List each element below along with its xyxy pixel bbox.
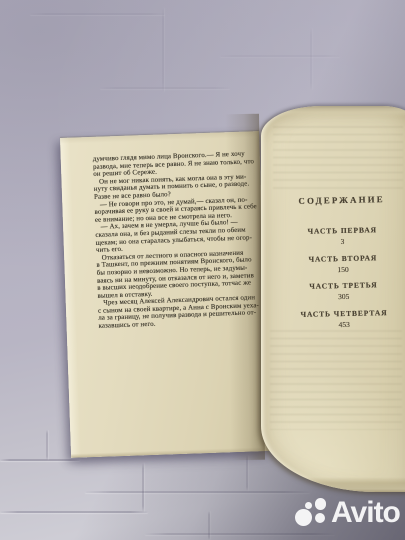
brick-mortar-line [0,459,80,461]
brick-mortar-line [142,463,144,512]
contents-title: СОДЕРЖАНИЕ [262,193,405,206]
brick-mortar-line [30,13,165,15]
brick-mortar-line [220,55,340,57]
left-page-text: думчиво глядя мимо лица Вронского.— Я не… [93,150,270,331]
contents-entries: ЧАСТЬ ПЕРВАЯ 3 ЧАСТЬ ВТОРАЯ 150 ЧАСТЬ ТР… [262,223,405,331]
book-photo: думчиво глядя мимо лица Вронского.— Я не… [0,0,405,540]
brick-mortar-line [46,430,48,460]
avito-logo-dot [305,502,312,509]
brick-mortar-line [145,533,335,535]
book-left-page: думчиво глядя мимо лица Вронского.— Я не… [60,131,270,458]
contents-entry-page: 305 [264,289,405,304]
table-of-contents: СОДЕРЖАНИЕ ЧАСТЬ ПЕРВАЯ 3 ЧАСТЬ ВТОРАЯ 1… [262,193,405,336]
brick-mortar-line [208,511,210,540]
show-through-text [273,126,403,194]
avito-logo-dot [315,513,325,523]
contents-entry-page: 453 [264,317,405,332]
avito-logo-text: Avito [331,495,400,531]
avito-logo-dot [295,509,312,526]
contents-entry: ЧАСТЬ ЧЕТВЕРТАЯ 453 [264,306,405,332]
brick-mortar-line [0,511,148,513]
avito-logo-dot [315,498,327,510]
show-through-text [270,330,402,430]
contents-entry: ЧАСТЬ ПЕРВАЯ 3 [262,223,405,249]
brick-mortar-line [162,8,164,92]
brick-mortar-line [246,455,248,491]
avito-watermark: Avito [294,495,400,531]
brick-mortar-line [85,491,310,493]
book-right-page: СОДЕРЖАНИЕ ЧАСТЬ ПЕРВАЯ 3 ЧАСТЬ ВТОРАЯ 1… [261,106,405,492]
brick-mortar-line [100,87,230,89]
avito-logo-icon [294,495,328,531]
contents-entry: ЧАСТЬ ТРЕТЬЯ 305 [263,278,405,304]
contents-entry: ЧАСТЬ ВТОРАЯ 150 [263,251,405,277]
contents-entry-page: 150 [263,262,405,277]
contents-entry-page: 3 [262,234,405,249]
brick-mortar-line [310,28,312,90]
